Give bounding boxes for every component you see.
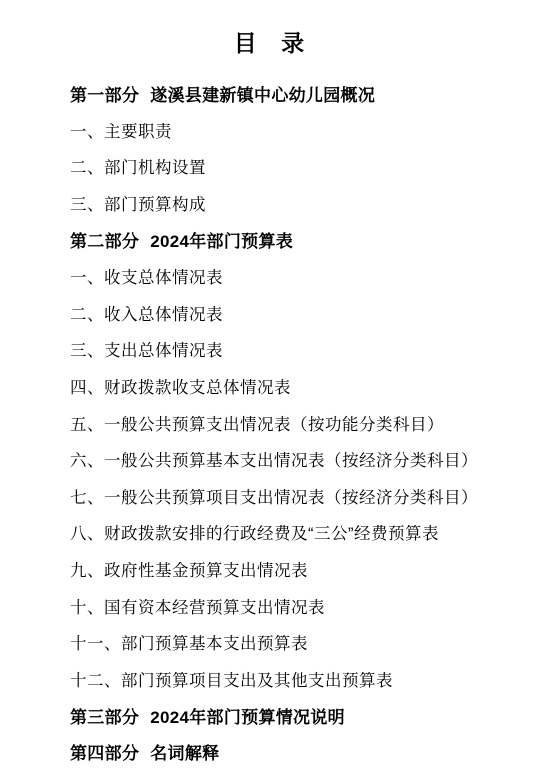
- toc-entry-label: 第二部分 2024年部门预算表: [70, 227, 293, 252]
- toc-entry-label: 二、部门机构设置: [70, 154, 206, 178]
- toc-entry: 一、收支总体情况表: [70, 258, 510, 295]
- document-page: 目 录 第一部分 遂溪县建新镇中心幼儿园概况 一、主要职责 二、部门机构设置 三…: [0, 0, 540, 782]
- toc-entry-label: 一、主要职责: [70, 118, 172, 142]
- toc-entry-label: 四、财政拨款收支总体情况表: [70, 374, 291, 398]
- toc-entry-label: 九、政府性基金预算支出情况表: [70, 557, 308, 581]
- toc-entry: 九、政府性基金预算支出情况表: [70, 551, 510, 588]
- toc-entry: 十、国有资本经营预算支出情况表: [70, 587, 510, 624]
- toc-entry: 三、支出总体情况表: [70, 331, 510, 368]
- toc-entry-label: 十一、部门预算基本支出预算表: [70, 630, 308, 654]
- toc-entry-label: 一、收支总体情况表: [70, 264, 223, 288]
- toc-entry: 十一、部门预算基本支出预算表: [70, 624, 510, 661]
- toc-entry: 第三部分 2024年部门预算情况说明: [70, 697, 510, 734]
- toc-entry: 二、部门机构设置: [70, 148, 510, 185]
- toc-entry: 十二、部门预算项目支出及其他支出预算表: [70, 661, 510, 698]
- toc-entry-label: 第四部分 名词解释: [70, 739, 219, 764]
- toc-entry-label: 十二、部门预算项目支出及其他支出预算表: [70, 667, 393, 691]
- toc-entry: 二、收入总体情况表: [70, 295, 510, 332]
- toc-entry-label: 三、支出总体情况表: [70, 337, 223, 361]
- toc-list: 第一部分 遂溪县建新镇中心幼儿园概况 一、主要职责 二、部门机构设置 三、部门预…: [0, 75, 540, 770]
- toc-entry-label: 八、财政拨款安排的行政经费及“三公”经费预算表: [70, 520, 439, 544]
- toc-entry: 第二部分 2024年部门预算表: [70, 221, 510, 258]
- toc-entry: 五、一般公共预算支出情况表（按功能分类科目）: [70, 404, 510, 441]
- toc-entry-label: 五、一般公共预算支出情况表（按功能分类科目）: [70, 411, 444, 435]
- toc-entry-label: 第一部分 遂溪县建新镇中心幼儿园概况: [70, 81, 375, 106]
- toc-entry: 七、一般公共预算项目支出情况表（按经济分类科目）: [70, 478, 510, 515]
- toc-entry: 六、一般公共预算基本支出情况表（按经济分类科目）: [70, 441, 510, 478]
- toc-entry: 四、财政拨款收支总体情况表: [70, 368, 510, 405]
- toc-entry: 第四部分 名词解释: [70, 734, 510, 771]
- toc-entry-label: 七、一般公共预算项目支出情况表（按经济分类科目）: [70, 484, 478, 508]
- toc-entry-label: 二、收入总体情况表: [70, 301, 223, 325]
- toc-entry-label: 第三部分 2024年部门预算情况说明: [70, 703, 345, 728]
- toc-entry-label: 六、一般公共预算基本支出情况表（按经济分类科目）: [70, 447, 478, 471]
- toc-entry: 三、部门预算构成: [70, 185, 510, 222]
- toc-entry-label: 十、国有资本经营预算支出情况表: [70, 594, 325, 618]
- toc-entry-label: 三、部门预算构成: [70, 191, 206, 215]
- toc-entry: 一、主要职责: [70, 112, 510, 149]
- toc-entry: 八、财政拨款安排的行政经费及“三公”经费预算表: [70, 514, 510, 551]
- toc-entry: 第一部分 遂溪县建新镇中心幼儿园概况: [70, 75, 510, 112]
- document-title: 目 录: [0, 28, 540, 58]
